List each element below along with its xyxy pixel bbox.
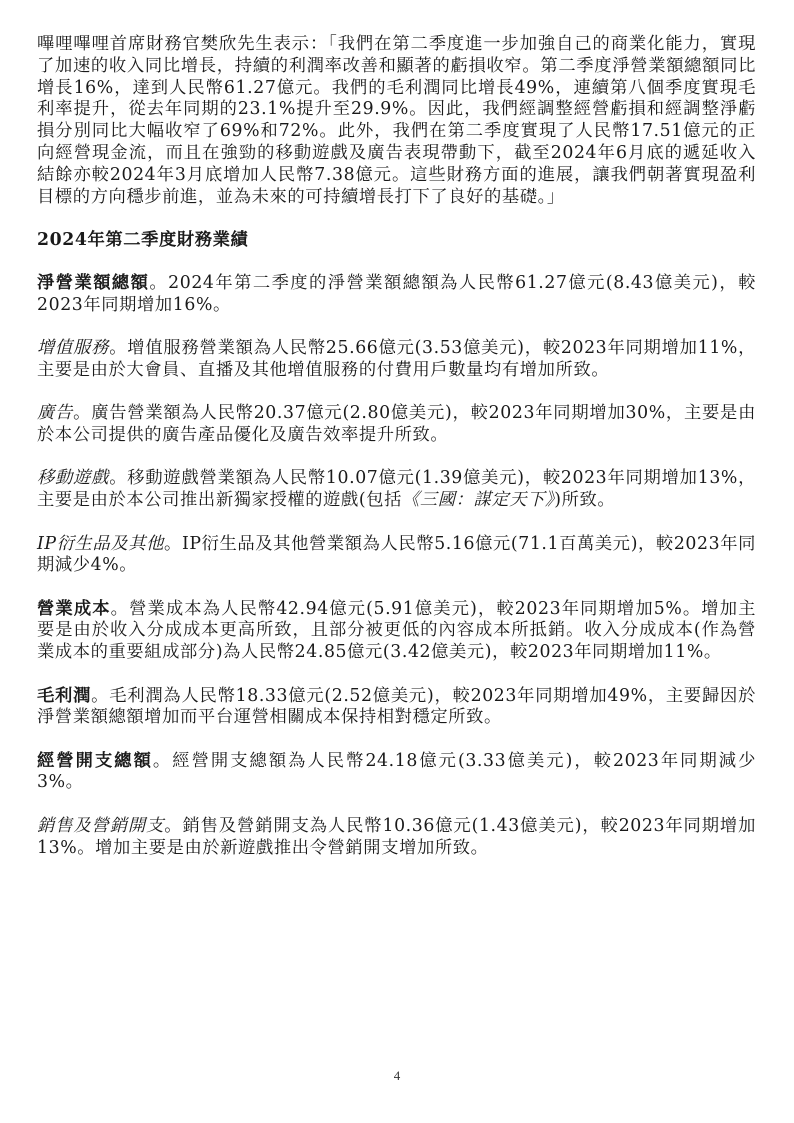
term-separator: 。 — [109, 338, 127, 358]
paragraph-mobile-games: 移動遊戲。移動遊戲營業額為人民幣10.07億元(1.39億美元)，較2023年同… — [37, 468, 756, 512]
term-separator: 。 — [149, 273, 168, 293]
term-total-operating-expenses: 經營開支總額 — [37, 751, 153, 771]
term-separator: 。 — [111, 599, 129, 619]
term-separator: 。 — [164, 534, 182, 554]
paragraph-text: 廣告營業額為人民幣20.37億元(2.80億美元)，較2023年同期增加30%，… — [37, 403, 756, 445]
paragraph-ip-derivatives: IP衍生品及其他。IP衍生品及其他營業額為人民幣5.16億元(71.1百萬美元)… — [37, 534, 756, 578]
paragraph-gross-profit: 毛利潤。毛利潤為人民幣18.33億元(2.52億美元)，較2023年同期增加49… — [37, 686, 756, 730]
term-separator: 。 — [109, 468, 127, 488]
document-page: 嗶哩嗶哩首席財務官樊欣先生表示：「我們在第二季度進一步加強自己的商業化能力，實現… — [37, 34, 756, 881]
cfo-quote-text: 嗶哩嗶哩首席財務官樊欣先生表示：「我們在第二季度進一步加強自己的商業化能力，實現… — [37, 34, 756, 207]
term-separator: 。 — [164, 816, 182, 836]
term-ip-derivatives: IP衍生品及其他 — [37, 534, 164, 554]
paragraph-vas: 增值服務。增值服務營業額為人民幣25.66億元(3.53億美元)，較2023年同… — [37, 338, 756, 382]
term-separator: 。 — [73, 403, 91, 423]
term-separator: 。 — [91, 686, 109, 706]
term-vas: 增值服務 — [37, 338, 109, 358]
paragraph-text: 毛利潤為人民幣18.33億元(2.52億美元)，較2023年同期增加49%，主要… — [37, 686, 756, 728]
term-gross-profit: 毛利潤 — [37, 686, 91, 706]
game-title: 《三國：謀定天下》 — [402, 490, 554, 510]
paragraph-total-operating-expenses: 經營開支總額。經營開支總額為人民幣24.18億元(3.33億美元)，較2023年… — [37, 751, 756, 795]
paragraph-text: 營業成本為人民幣42.94億元(5.91億美元)，較2023年同期增加5%。增加… — [37, 599, 756, 663]
section-heading: 2024年第二季度財務業績 — [37, 230, 756, 252]
term-mobile-games: 移動遊戲 — [37, 468, 109, 488]
term-separator: 。 — [153, 751, 172, 771]
term-cost-of-revenues: 營業成本 — [37, 599, 111, 619]
paragraph-cost-of-revenues: 營業成本。營業成本為人民幣42.94億元(5.91億美元)，較2023年同期增加… — [37, 599, 756, 664]
paragraph-text-end: )所致。 — [554, 490, 615, 510]
paragraph-advertising: 廣告。廣告營業額為人民幣20.37億元(2.80億美元)，較2023年同期增加3… — [37, 403, 756, 447]
paragraph-text: 增值服務營業額為人民幣25.66億元(3.53億美元)，較2023年同期增加11… — [37, 338, 756, 380]
term-sales-marketing: 銷售及營銷開支 — [37, 816, 164, 836]
paragraph-net-revenues: 淨營業額總額。2024年第二季度的淨營業額總額為人民幣61.27億元(8.43億… — [37, 273, 756, 317]
paragraph-text: 移動遊戲營業額為人民幣10.07億元(1.39億美元)，較2023年同期增加13… — [37, 468, 756, 510]
cfo-quote-paragraph: 嗶哩嗶哩首席財務官樊欣先生表示：「我們在第二季度進一步加強自己的商業化能力，實現… — [37, 34, 756, 208]
term-advertising: 廣告 — [37, 403, 73, 423]
paragraph-sales-marketing: 銷售及營銷開支。銷售及營銷開支為人民幣10.36億元(1.43億美元)，較202… — [37, 816, 756, 860]
term-net-revenues: 淨營業額總額 — [37, 273, 149, 293]
page-number: 4 — [0, 1068, 794, 1084]
